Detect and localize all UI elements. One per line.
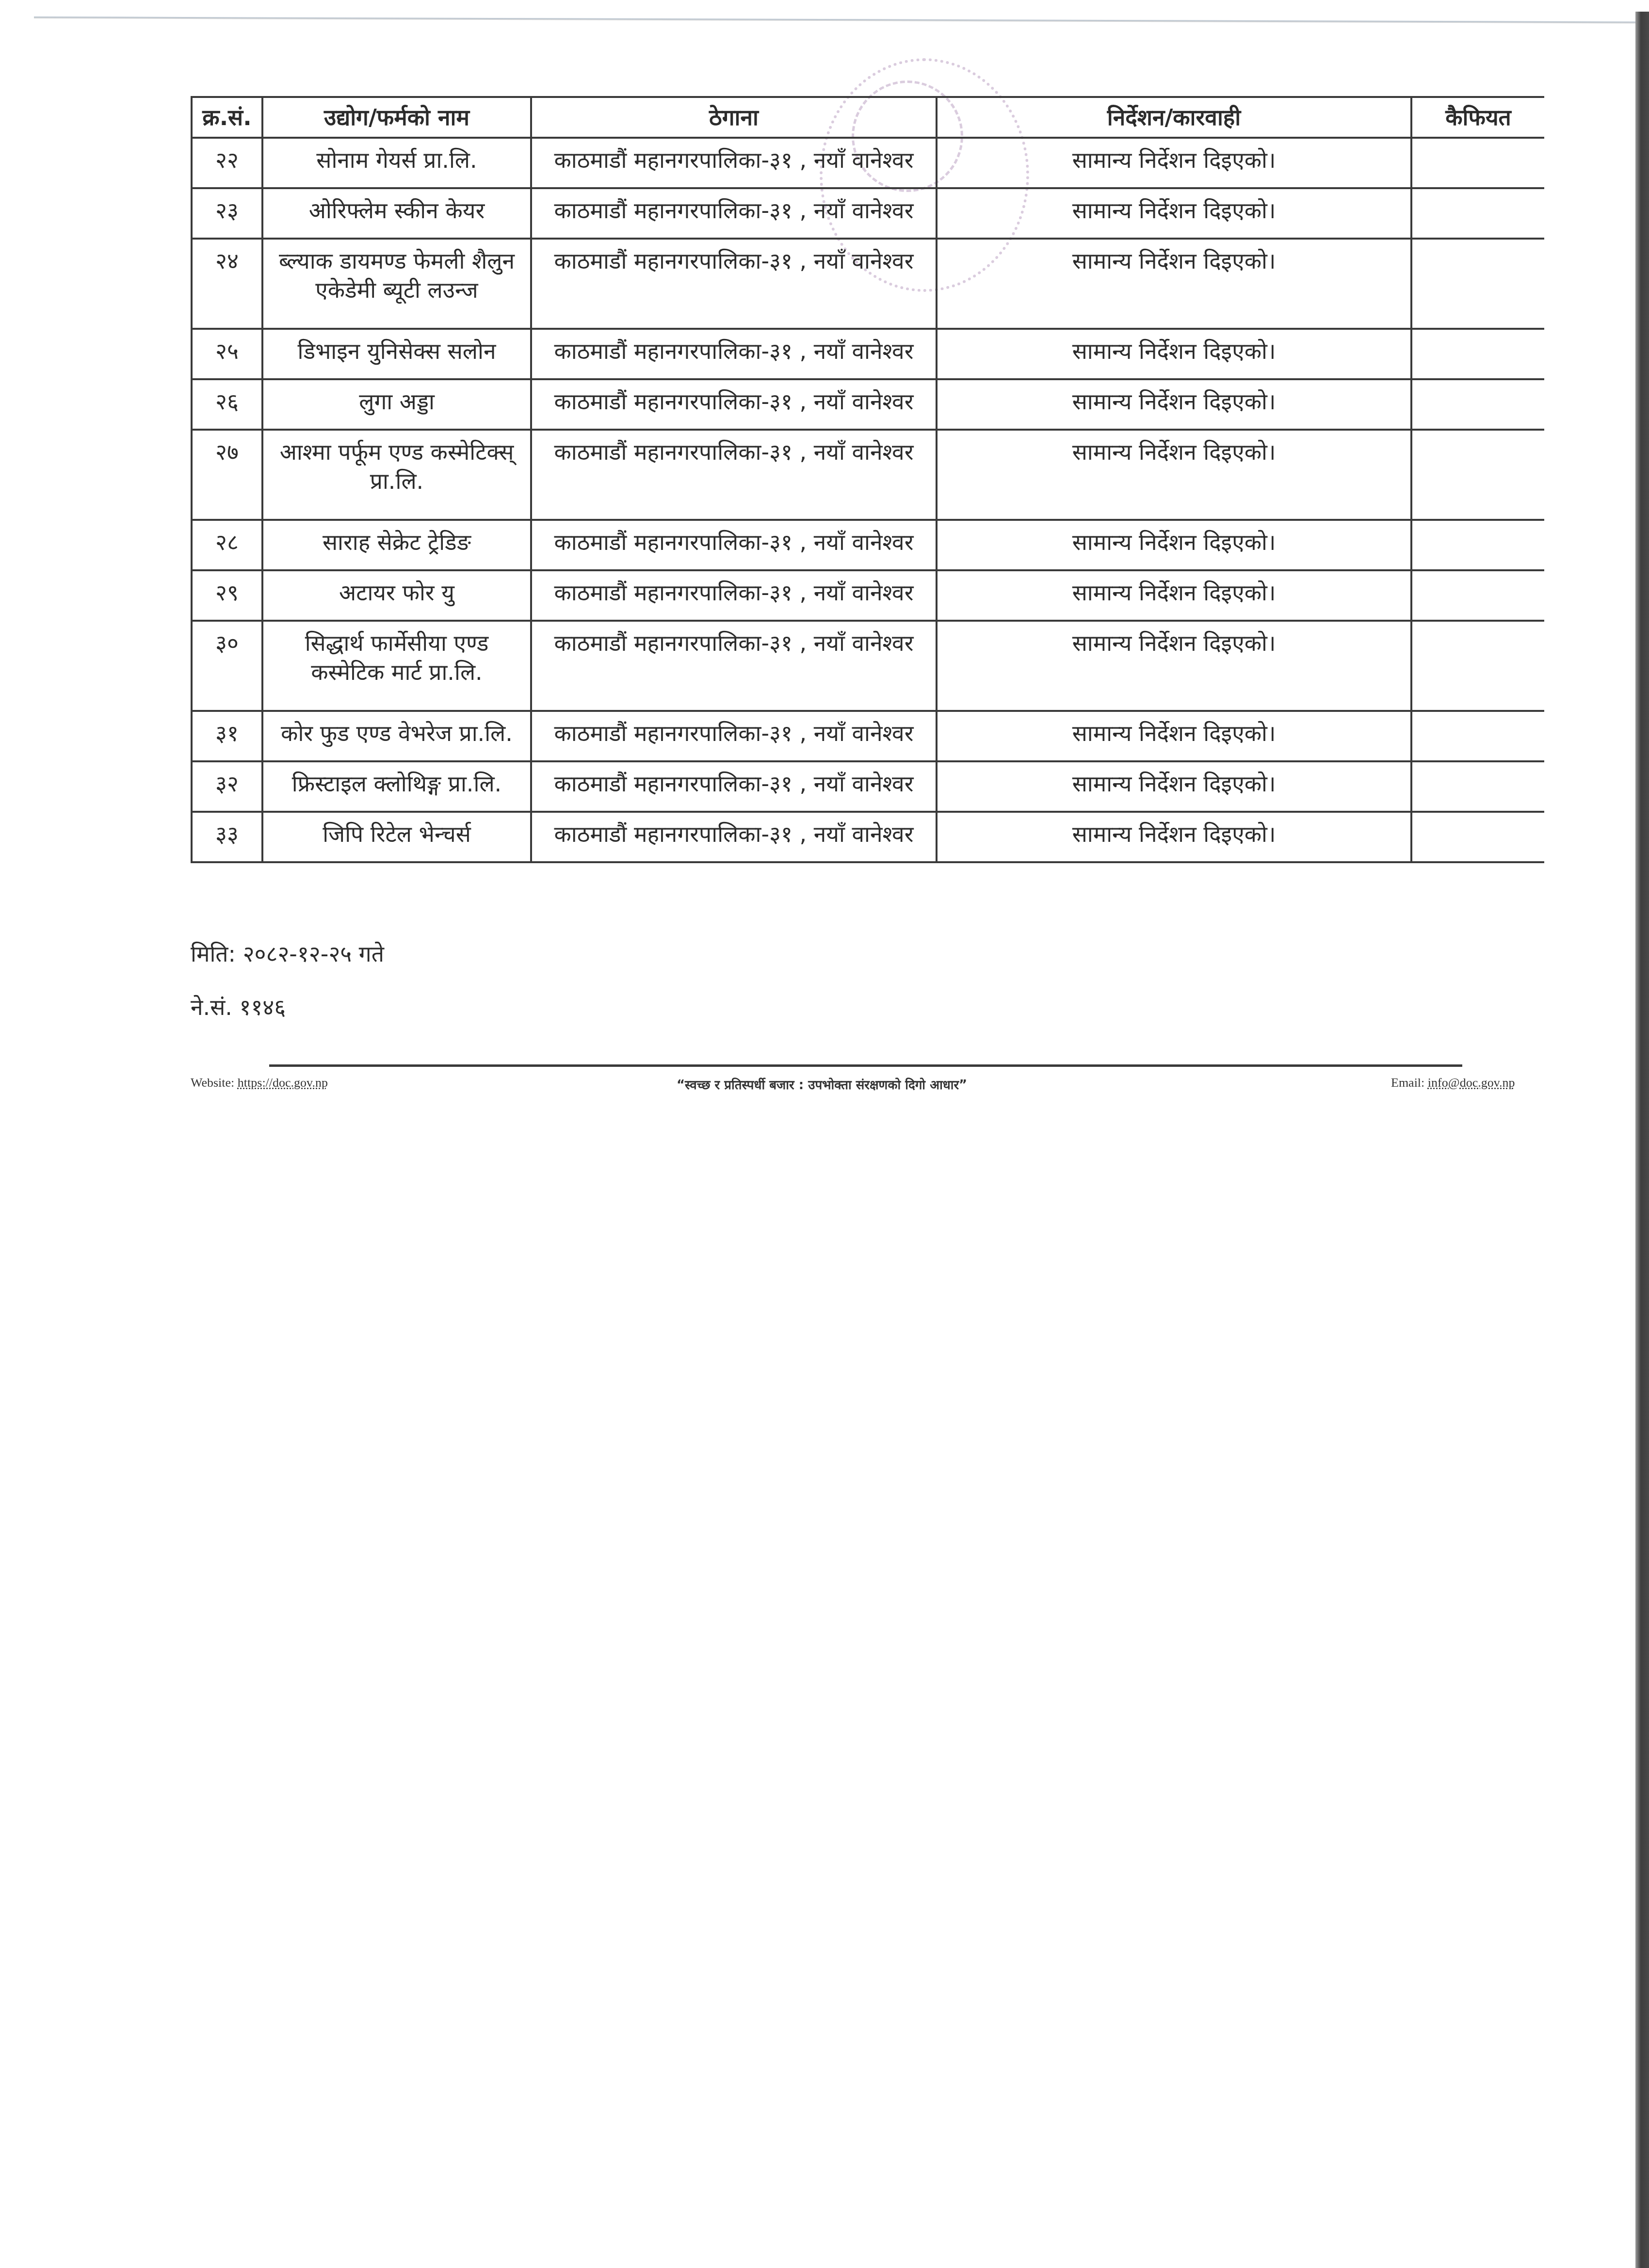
table-row: २८साराह सेक्रेट ट्रेडिङकाठमाडौं महानगरपा…: [192, 520, 1544, 570]
cell-remarks: [1411, 520, 1544, 570]
cell-serial-number: ३१: [192, 711, 262, 761]
cell-serial-number: २४: [192, 239, 262, 329]
footer-email: Email: info@doc.gov.np: [1391, 1076, 1515, 1090]
cell-serial-number: ३३: [192, 812, 262, 862]
cell-direction-action: सामान्य निर्देशन दिइएको।: [937, 329, 1411, 379]
cell-firm-name: ब्ल्याक डायमण्ड फेमली शैलुन एकेडेमी ब्यू…: [262, 239, 531, 329]
scan-top-edge: [34, 16, 1649, 23]
cell-direction-action: सामान्य निर्देशन दिइएको।: [937, 239, 1411, 329]
cell-remarks: [1411, 812, 1544, 862]
table-row: ३३जिपि रिटेल भेन्चर्सकाठमाडौं महानगरपालि…: [192, 812, 1544, 862]
header-address: ठेगाना: [531, 97, 937, 138]
cell-remarks: [1411, 711, 1544, 761]
cell-direction-action: सामान्य निर्देशन दिइएको।: [937, 138, 1411, 188]
table-body: २२सोनाम गेयर्स प्रा.लि.काठमाडौं महानगरपा…: [192, 138, 1544, 862]
cell-address: काठमाडौं महानगरपालिका-३१ , नयाँ वानेश्वर: [531, 430, 937, 520]
cell-address: काठमाडौं महानगरपालिका-३१ , नयाँ वानेश्वर: [531, 570, 937, 621]
table-row: २३ओरिफ्लेम स्कीन केयरकाठमाडौं महानगरपालि…: [192, 188, 1544, 239]
cell-remarks: [1411, 430, 1544, 520]
scan-right-edge: [1635, 12, 1649, 2268]
cell-firm-name: डिभाइन युनिसेक्स सलोन: [262, 329, 531, 379]
cell-firm-name: अटायर फोर यु: [262, 570, 531, 621]
cell-address: काठमाडौं महानगरपालिका-३१ , नयाँ वानेश्वर: [531, 138, 937, 188]
cell-remarks: [1411, 188, 1544, 239]
cell-firm-name: सिद्धार्थ फार्मेसीया एण्ड कस्मेटिक मार्ट…: [262, 621, 531, 711]
footer-website: Website: https://doc.gov.np: [191, 1076, 328, 1090]
cell-direction-action: सामान्य निर्देशन दिइएको।: [937, 188, 1411, 239]
cell-serial-number: ३०: [192, 621, 262, 711]
header-firm-name: उद्योग/फर्मको नाम: [262, 97, 531, 138]
cell-remarks: [1411, 329, 1544, 379]
table-header-row: क्र.सं. उद्योग/फर्मको नाम ठेगाना निर्देश…: [192, 97, 1544, 138]
cell-serial-number: २२: [192, 138, 262, 188]
table-row: २७आश्मा पर्फूम एण्ड कस्मेटिक्स् प्रा.लि.…: [192, 430, 1544, 520]
table-row: २२सोनाम गेयर्स प्रा.लि.काठमाडौं महानगरपा…: [192, 138, 1544, 188]
cell-firm-name: फ्रिस्टाइल क्लोथिङ्ग प्रा.लि.: [262, 761, 531, 812]
footer-slogan: “स्वच्छ र प्रतिस्पर्धी बजार : उपभोक्ता स…: [677, 1076, 967, 1093]
cell-serial-number: २९: [192, 570, 262, 621]
cell-firm-name: आश्मा पर्फूम एण्ड कस्मेटिक्स् प्रा.लि.: [262, 430, 531, 520]
header-remarks: कैफियत: [1411, 97, 1544, 138]
cell-address: काठमाडौं महानगरपालिका-३१ , नयाँ वानेश्वर: [531, 711, 937, 761]
cell-firm-name: सोनाम गेयर्स प्रा.लि.: [262, 138, 531, 188]
footer-divider: [269, 1064, 1462, 1067]
email-label: Email:: [1391, 1076, 1428, 1090]
date-line: मिति: २०८२-१२-२५ गते: [191, 938, 384, 968]
cell-firm-name: लुगा अड्डा: [262, 379, 531, 430]
header-direction-action: निर्देशन/कारवाही: [937, 97, 1411, 138]
header-serial-number: क्र.सं.: [192, 97, 262, 138]
cell-address: काठमाडौं महानगरपालिका-३१ , नयाँ वानेश्वर: [531, 761, 937, 812]
cell-remarks: [1411, 570, 1544, 621]
cell-direction-action: सामान्य निर्देशन दिइएको।: [937, 761, 1411, 812]
table-row: ३१कोर फुड एण्ड वेभरेज प्रा.लि.काठमाडौं म…: [192, 711, 1544, 761]
cell-remarks: [1411, 761, 1544, 812]
cell-address: काठमाडौं महानगरपालिका-३१ , नयाँ वानेश्वर: [531, 239, 937, 329]
cell-direction-action: सामान्य निर्देशन दिइएको।: [937, 711, 1411, 761]
table-row: २५डिभाइन युनिसेक्स सलोनकाठमाडौं महानगरपा…: [192, 329, 1544, 379]
cell-serial-number: २७: [192, 430, 262, 520]
cell-serial-number: ३२: [192, 761, 262, 812]
website-link[interactable]: https://doc.gov.np: [238, 1076, 328, 1090]
cell-address: काठमाडौं महानगरपालिका-३१ , नयाँ वानेश्वर: [531, 621, 937, 711]
table-row: ३०सिद्धार्थ फार्मेसीया एण्ड कस्मेटिक मार…: [192, 621, 1544, 711]
cell-address: काठमाडौं महानगरपालिका-३१ , नयाँ वानेश्वर: [531, 379, 937, 430]
cell-serial-number: २३: [192, 188, 262, 239]
cell-direction-action: सामान्य निर्देशन दिइएको।: [937, 520, 1411, 570]
cell-address: काठमाडौं महानगरपालिका-३१ , नयाँ वानेश्वर: [531, 188, 937, 239]
cell-serial-number: २८: [192, 520, 262, 570]
cell-remarks: [1411, 621, 1544, 711]
cell-direction-action: सामान्य निर्देशन दिइएको।: [937, 621, 1411, 711]
nepal-samvat-line: ने.सं. ११४६: [191, 992, 286, 1022]
table-row: २९अटायर फोर युकाठमाडौं महानगरपालिका-३१ ,…: [192, 570, 1544, 621]
cell-remarks: [1411, 138, 1544, 188]
cell-direction-action: सामान्य निर्देशन दिइएको।: [937, 430, 1411, 520]
cell-firm-name: साराह सेक्रेट ट्रेडिङ: [262, 520, 531, 570]
cell-firm-name: जिपि रिटेल भेन्चर्स: [262, 812, 531, 862]
table-row: २६लुगा अड्डाकाठमाडौं महानगरपालिका-३१ , न…: [192, 379, 1544, 430]
email-link[interactable]: info@doc.gov.np: [1428, 1076, 1515, 1090]
cell-direction-action: सामान्य निर्देशन दिइएको।: [937, 379, 1411, 430]
cell-remarks: [1411, 239, 1544, 329]
cell-address: काठमाडौं महानगरपालिका-३१ , नयाँ वानेश्वर: [531, 520, 937, 570]
cell-firm-name: कोर फुड एण्ड वेभरेज प्रा.लि.: [262, 711, 531, 761]
cell-address: काठमाडौं महानगरपालिका-३१ , नयाँ वानेश्वर: [531, 329, 937, 379]
inspection-table: क्र.सं. उद्योग/फर्मको नाम ठेगाना निर्देश…: [191, 96, 1544, 863]
cell-direction-action: सामान्य निर्देशन दिइएको।: [937, 812, 1411, 862]
table-row: ३२फ्रिस्टाइल क्लोथिङ्ग प्रा.लि.काठमाडौं …: [192, 761, 1544, 812]
website-label: Website:: [191, 1076, 238, 1090]
cell-remarks: [1411, 379, 1544, 430]
cell-serial-number: २६: [192, 379, 262, 430]
cell-direction-action: सामान्य निर्देशन दिइएको।: [937, 570, 1411, 621]
table-row: २४ब्ल्याक डायमण्ड फेमली शैलुन एकेडेमी ब्…: [192, 239, 1544, 329]
cell-firm-name: ओरिफ्लेम स्कीन केयर: [262, 188, 531, 239]
cell-serial-number: २५: [192, 329, 262, 379]
cell-address: काठमाडौं महानगरपालिका-३१ , नयाँ वानेश्वर: [531, 812, 937, 862]
